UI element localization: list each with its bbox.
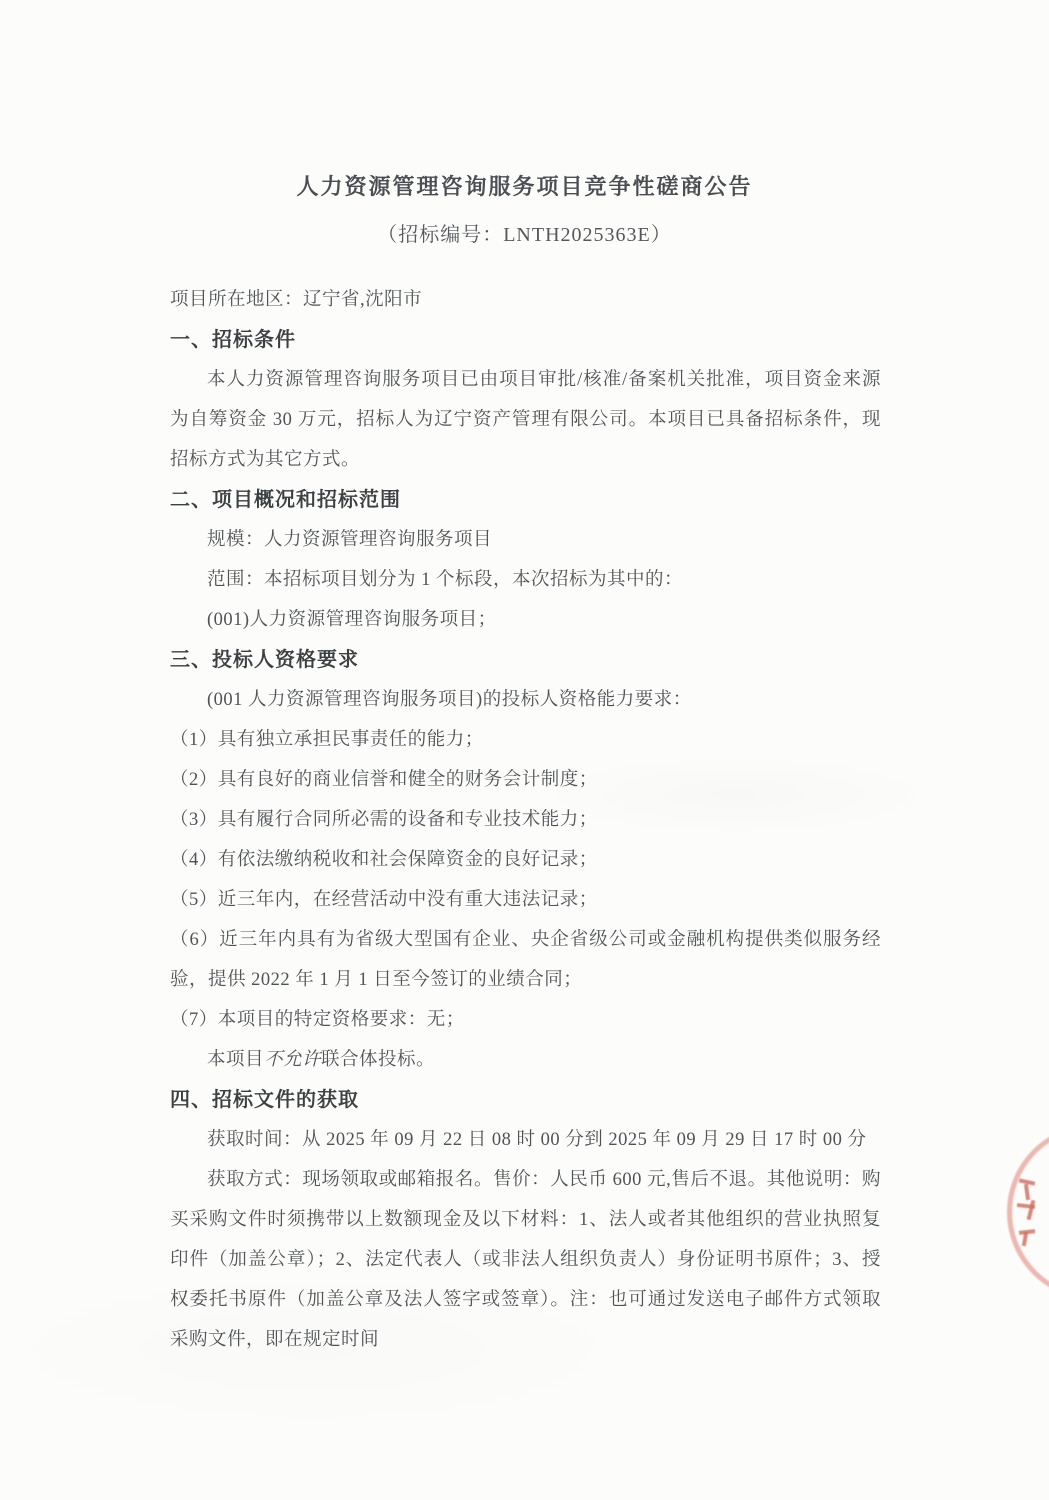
- no-consortium-note: 本项目不允许联合体投标。: [170, 1040, 881, 1080]
- project-scale-line: 规模：人力资源管理咨询服务项目: [170, 520, 881, 560]
- red-seal-characters: [1015, 1174, 1049, 1254]
- qualification-item-2: （2）具有良好的商业信誉和健全的财务会计制度；: [170, 760, 881, 800]
- document-body: 项目所在地区：辽宁省,沈阳市 一、招标条件 本人力资源管理咨询服务项目已由项目审…: [170, 280, 881, 1360]
- no-consortium-emphasis: 不允许: [264, 1050, 321, 1070]
- section-3-heading: 三、投标人资格要求: [170, 640, 881, 680]
- lot-001-line: (001)人力资源管理咨询服务项目；: [170, 600, 881, 640]
- project-location-line: 项目所在地区：辽宁省,沈阳市: [170, 280, 881, 320]
- document-page: 人力资源管理咨询服务项目竞争性磋商公告 （招标编号：LNTH2025363E） …: [0, 0, 1049, 1500]
- project-scope-line: 范围：本招标项目划分为 1 个标段，本次招标为其中的：: [170, 560, 881, 600]
- no-consortium-suffix: 联合体投标。: [321, 1050, 435, 1070]
- obtain-time-line: 获取时间：从 2025 年 09 月 22 日 08 时 00 分到 2025 …: [170, 1120, 881, 1160]
- section-4-heading: 四、招标文件的获取: [170, 1080, 881, 1120]
- red-seal-stamp: [1007, 1124, 1049, 1300]
- qualification-intro-line: (001 人力资源管理咨询服务项目)的投标人资格能力要求：: [170, 680, 881, 720]
- section-1-heading: 一、招标条件: [170, 320, 881, 360]
- section-1-paragraph: 本人力资源管理咨询服务项目已由项目审批/核准/备案机关批准，项目资金来源为自筹资…: [170, 360, 881, 480]
- section-2-heading: 二、项目概况和招标范围: [170, 480, 881, 520]
- qualification-item-4: （4）有依法缴纳税收和社会保障资金的良好记录；: [170, 840, 881, 880]
- document-title: 人力资源管理咨询服务项目竞争性磋商公告: [0, 170, 1049, 201]
- qualification-item-3: （3）具有履行合同所必需的设备和专业技术能力；: [170, 800, 881, 840]
- no-consortium-prefix: 本项目: [207, 1050, 264, 1070]
- qualification-item-6: （6）近三年内具有为省级大型国有企业、央企省级公司或金融机构提供类似服务经验，提…: [170, 920, 881, 1000]
- red-seal-ring: [1007, 1124, 1049, 1300]
- obtain-method-paragraph: 获取方式：现场领取或邮箱报名。售价：人民币 600 元,售后不退。其他说明：购买…: [170, 1160, 881, 1360]
- tender-number-subtitle: （招标编号：LNTH2025363E）: [0, 218, 1049, 247]
- qualification-item-1: （1）具有独立承担民事责任的能力；: [170, 720, 881, 760]
- qualification-item-7: （7）本项目的特定资格要求：无；: [170, 1000, 881, 1040]
- qualification-item-5: （5）近三年内，在经营活动中没有重大违法记录；: [170, 880, 881, 920]
